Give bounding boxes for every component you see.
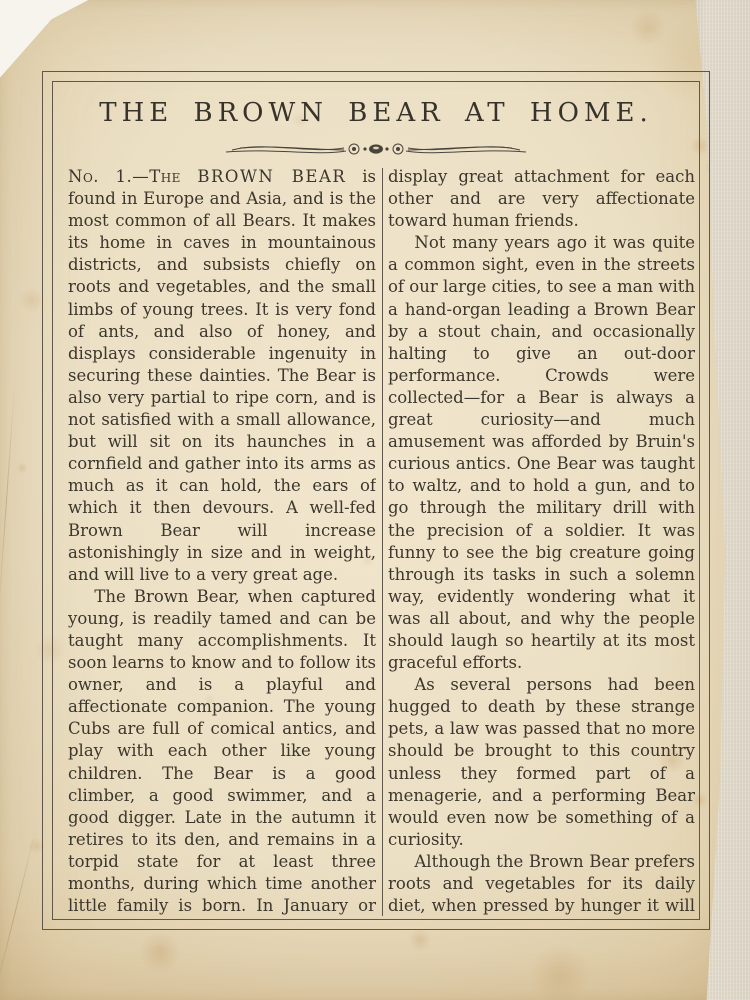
right-column: display great attachment for each other … (388, 166, 695, 916)
paragraph: The Brown Bear, when captured young, is … (68, 586, 376, 916)
paragraph: As several persons had been hugged to de… (388, 674, 695, 851)
paragraph: display great attachment for each other … (388, 166, 695, 232)
book-page: THE BROWN BEAR AT HOME. (0, 0, 750, 1000)
paragraph-emphasis: BROWN BEAR (197, 167, 346, 186)
torn-corner (0, 0, 92, 80)
paragraph-lead: No. 1.—The (68, 167, 197, 186)
paragraph: Not many years ago it was quite a common… (388, 232, 695, 674)
paper-crease (0, 823, 38, 1000)
text-columns: No. 1.—The BROWN BEAR is found in Europe… (68, 166, 700, 916)
paragraph: Although the Brown Bear prefers roots an… (388, 851, 695, 916)
page-title: THE BROWN BEAR AT HOME. (52, 99, 700, 128)
left-column: No. 1.—The BROWN BEAR is found in Europe… (68, 166, 376, 916)
column-divider (382, 168, 383, 916)
flourish-divider-icon (52, 138, 700, 164)
paragraph-text: is found in Europe and Asia, and is the … (68, 167, 376, 584)
paragraph: No. 1.—The BROWN BEAR is found in Europe… (68, 166, 376, 586)
paper-crease (0, 380, 15, 619)
